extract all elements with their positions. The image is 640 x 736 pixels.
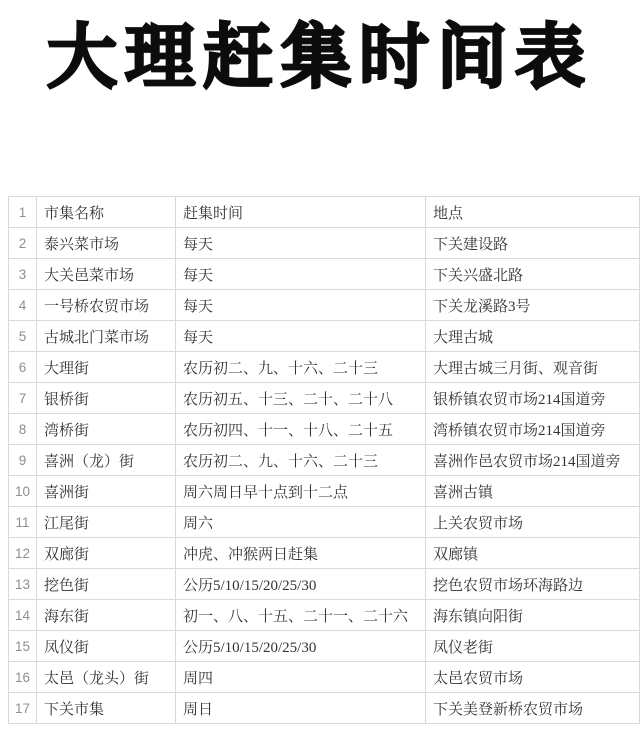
- market-name-cell: 银桥街: [37, 383, 176, 414]
- table-row: 5古城北门菜市场每天大理古城: [9, 321, 640, 352]
- market-time-cell: 周日: [176, 693, 426, 724]
- table-row: 7银桥街农历初五、十三、二十、二十八银桥镇农贸市场214国道旁: [9, 383, 640, 414]
- table-row: 9喜洲（龙）街农历初二、九、十六、二十三喜洲作邑农贸市场214国道旁: [9, 445, 640, 476]
- market-time-cell: 农历初四、十一、十八、二十五: [176, 414, 426, 445]
- location-cell: 下关兴盛北路: [426, 259, 640, 290]
- market-time-cell: 每天: [176, 290, 426, 321]
- market-name-cell: 下关市集: [37, 693, 176, 724]
- market-time-cell: 周四: [176, 662, 426, 693]
- market-name-cell: 海东街: [37, 600, 176, 631]
- market-name-cell: 一号桥农贸市场: [37, 290, 176, 321]
- market-time-cell: 每天: [176, 259, 426, 290]
- market-name-cell: 凤仪街: [37, 631, 176, 662]
- column-header-location: 地点: [426, 197, 640, 228]
- market-name-cell: 双廊街: [37, 538, 176, 569]
- market-name-cell: 大理街: [37, 352, 176, 383]
- row-number-cell: 12: [9, 538, 37, 569]
- row-number-cell: 13: [9, 569, 37, 600]
- market-name-cell: 喜洲街: [37, 476, 176, 507]
- market-schedule-table: 1 市集名称 赶集时间 地点 2泰兴菜市场每天下关建设路3大关邑菜市场每天下关兴…: [8, 196, 640, 724]
- location-cell: 大理古城: [426, 321, 640, 352]
- table-row: 4一号桥农贸市场每天下关龙溪路3号: [9, 290, 640, 321]
- page: 大理赶集时间表 1 市集名称 赶集时间 地点 2泰兴菜市场每天下关建设路3大关邑…: [0, 0, 640, 95]
- market-name-cell: 太邑（龙头）街: [37, 662, 176, 693]
- market-time-cell: 每天: [176, 321, 426, 352]
- table-row: 11江尾街周六上关农贸市场: [9, 507, 640, 538]
- page-title: 大理赶集时间表: [0, 0, 640, 95]
- row-number-cell: 5: [9, 321, 37, 352]
- market-name-cell: 喜洲（龙）街: [37, 445, 176, 476]
- table-row: 15凤仪街公历5/10/15/20/25/30凤仪老街: [9, 631, 640, 662]
- location-cell: 海东镇向阳街: [426, 600, 640, 631]
- location-cell: 上关农贸市场: [426, 507, 640, 538]
- row-number-cell: 1: [9, 197, 37, 228]
- table-row: 16太邑（龙头）街周四太邑农贸市场: [9, 662, 640, 693]
- location-cell: 大理古城三月街、观音街: [426, 352, 640, 383]
- location-cell: 下关龙溪路3号: [426, 290, 640, 321]
- table-row: 3大关邑菜市场每天下关兴盛北路: [9, 259, 640, 290]
- row-number-cell: 14: [9, 600, 37, 631]
- row-number-cell: 10: [9, 476, 37, 507]
- market-name-cell: 江尾街: [37, 507, 176, 538]
- location-cell: 双廊镇: [426, 538, 640, 569]
- column-header-market-time: 赶集时间: [176, 197, 426, 228]
- column-header-market-name: 市集名称: [37, 197, 176, 228]
- market-time-cell: 冲虎、冲猴两日赶集: [176, 538, 426, 569]
- table-row: 6大理街农历初二、九、十六、二十三大理古城三月街、观音街: [9, 352, 640, 383]
- market-time-cell: 农历初五、十三、二十、二十八: [176, 383, 426, 414]
- market-name-cell: 湾桥街: [37, 414, 176, 445]
- row-number-cell: 11: [9, 507, 37, 538]
- location-cell: 太邑农贸市场: [426, 662, 640, 693]
- location-cell: 凤仪老街: [426, 631, 640, 662]
- location-cell: 湾桥镇农贸市场214国道旁: [426, 414, 640, 445]
- market-name-cell: 大关邑菜市场: [37, 259, 176, 290]
- market-name-cell: 古城北门菜市场: [37, 321, 176, 352]
- row-number-cell: 4: [9, 290, 37, 321]
- market-time-cell: 每天: [176, 228, 426, 259]
- location-cell: 下关建设路: [426, 228, 640, 259]
- market-time-cell: 公历5/10/15/20/25/30: [176, 631, 426, 662]
- market-table-body: 1 市集名称 赶集时间 地点 2泰兴菜市场每天下关建设路3大关邑菜市场每天下关兴…: [9, 197, 640, 724]
- row-number-cell: 9: [9, 445, 37, 476]
- row-number-cell: 7: [9, 383, 37, 414]
- location-cell: 挖色农贸市场环海路边: [426, 569, 640, 600]
- market-time-cell: 农历初二、九、十六、二十三: [176, 352, 426, 383]
- table-row: 17下关市集周日下关美登新桥农贸市场: [9, 693, 640, 724]
- row-number-cell: 16: [9, 662, 37, 693]
- market-time-cell: 周六: [176, 507, 426, 538]
- market-name-cell: 泰兴菜市场: [37, 228, 176, 259]
- row-number-cell: 8: [9, 414, 37, 445]
- location-cell: 下关美登新桥农贸市场: [426, 693, 640, 724]
- header-row: 1 市集名称 赶集时间 地点: [9, 197, 640, 228]
- row-number-cell: 2: [9, 228, 37, 259]
- location-cell: 银桥镇农贸市场214国道旁: [426, 383, 640, 414]
- location-cell: 喜洲作邑农贸市场214国道旁: [426, 445, 640, 476]
- table-row: 2泰兴菜市场每天下关建设路: [9, 228, 640, 259]
- location-cell: 喜洲古镇: [426, 476, 640, 507]
- row-number-cell: 15: [9, 631, 37, 662]
- table-row: 12双廊街冲虎、冲猴两日赶集双廊镇: [9, 538, 640, 569]
- row-number-cell: 6: [9, 352, 37, 383]
- market-name-cell: 挖色街: [37, 569, 176, 600]
- market-time-cell: 初一、八、十五、二十一、二十六: [176, 600, 426, 631]
- market-time-cell: 周六周日早十点到十二点: [176, 476, 426, 507]
- row-number-cell: 17: [9, 693, 37, 724]
- table-row: 10喜洲街周六周日早十点到十二点喜洲古镇: [9, 476, 640, 507]
- table-row: 13挖色街公历5/10/15/20/25/30挖色农贸市场环海路边: [9, 569, 640, 600]
- market-time-cell: 公历5/10/15/20/25/30: [176, 569, 426, 600]
- row-number-cell: 3: [9, 259, 37, 290]
- table-row: 8湾桥街农历初四、十一、十八、二十五湾桥镇农贸市场214国道旁: [9, 414, 640, 445]
- market-time-cell: 农历初二、九、十六、二十三: [176, 445, 426, 476]
- table-row: 14海东街初一、八、十五、二十一、二十六海东镇向阳街: [9, 600, 640, 631]
